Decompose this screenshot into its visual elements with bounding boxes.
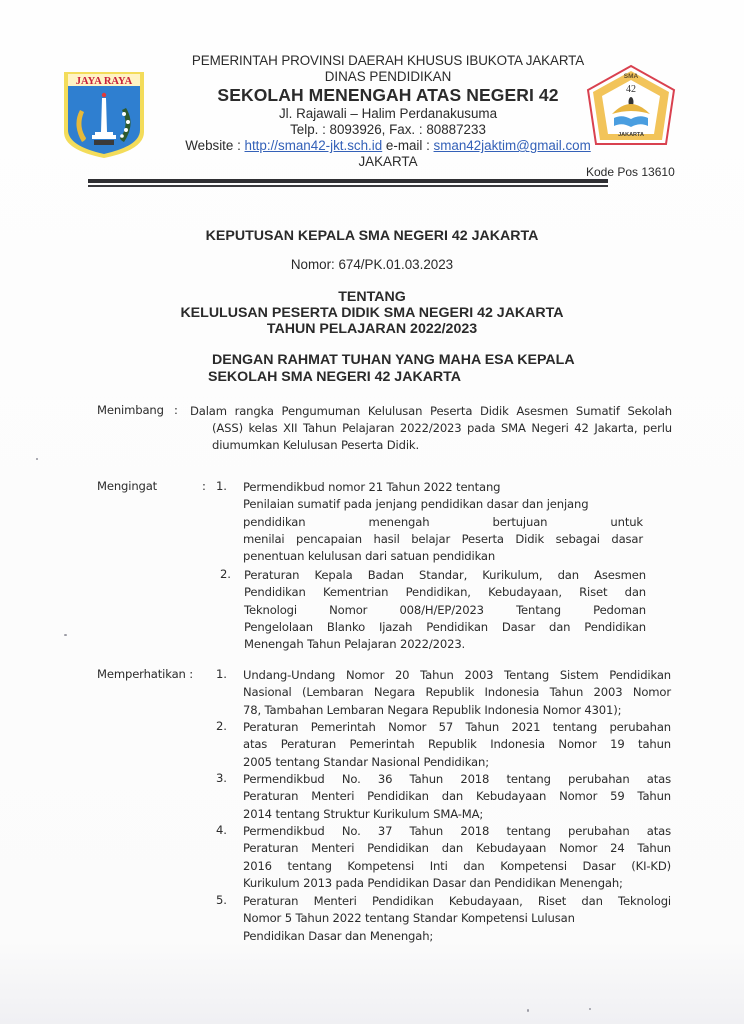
mengingat-colon: : [202, 479, 206, 493]
invocation: DENGAN RAHMAT TUHAN YANG MAHA ESA KEPALA… [208, 352, 575, 385]
decree-title: KEPUTUSAN KEPALA SMA NEGERI 42 JAKARTA [0, 228, 744, 244]
school-address: Jl. Rajawali – Halim Perdanakusuma [160, 106, 616, 122]
email-link[interactable]: sman42jaktim@gmail.com [434, 138, 591, 153]
scan-speck [589, 1008, 591, 1010]
postal-code: Kode Pos 13610 [586, 165, 675, 179]
decree-subject: TENTANG KELULUSAN PESERTA DIDIK SMA NEGE… [0, 289, 744, 337]
memperhatikan-item-3: Permendikbud No. 36 Tahun 2018 tentang p… [243, 771, 671, 823]
menimbang-label: Menimbang [97, 403, 164, 417]
mengingat-label: Mengingat [97, 479, 157, 493]
memperhatikan-item-2-number: 2. [216, 719, 236, 733]
menimbang-colon: : [174, 403, 178, 417]
decree-number: Nomor: 674/PK.01.03.2023 [0, 257, 744, 272]
school-name: SEKOLAH MENENGAH ATAS NEGERI 42 [160, 84, 616, 106]
svg-text:JAKARTA: JAKARTA [618, 132, 644, 138]
government-line: PEMERINTAH PROVINSI DAERAH KHUSUS IBUKOT… [160, 53, 616, 69]
mengingat-item-2-number: 2. [220, 567, 240, 581]
memperhatikan-label: Memperhatikan : [97, 667, 193, 681]
letterhead: PEMERINTAH PROVINSI DAERAH KHUSUS IBUKOT… [160, 53, 616, 169]
invocation-line-1: DENGAN RAHMAT TUHAN YANG MAHA ESA KEPALA [208, 352, 575, 369]
memperhatikan-item-5: Peraturan Menteri Pendidikan Kebudayaan,… [243, 893, 671, 945]
subject-line-1: KELULUSAN PESERTA DIDIK SMA NEGERI 42 JA… [0, 305, 744, 321]
svg-text:SMA: SMA [624, 73, 639, 80]
menimbang-line-1: Dalam rangka Pengumuman Kelulusan Pesert… [190, 403, 672, 420]
website-link[interactable]: http://sman42-jkt.sch.id [245, 138, 383, 153]
school-phone: Telp. : 8093926, Fax. : 80887233 [160, 122, 616, 138]
mengingat-item-1-number: 1. [216, 479, 236, 493]
memperhatikan-item-3-number: 3. [216, 771, 236, 785]
department-line: DINAS PENDIDIKAN [160, 69, 616, 84]
mengingat-item-1: Permendikbud nomor 21 Tahun 2022 tentang… [243, 479, 671, 565]
memperhatikan-item-4-number: 4. [216, 823, 236, 837]
memperhatikan-item-5-number: 5. [216, 893, 236, 907]
header-divider-thin [88, 185, 608, 187]
svg-text:JAYA RAYA: JAYA RAYA [76, 76, 133, 87]
website-label: Website : [185, 138, 244, 153]
svg-text:42: 42 [626, 84, 636, 95]
city-line: JAKARTA [160, 154, 616, 169]
document-page: JAYA RAYA PEMERINTAH PROVINSI DAERAH KHU… [0, 0, 744, 1024]
header-divider-thick [88, 179, 608, 183]
memperhatikan-item-2: Peraturan Pemerintah Nomor 57 Tahun 2021… [243, 719, 671, 771]
subject-heading: TENTANG [0, 289, 744, 305]
contact-line: Website : http://sman42-jkt.sch.id e-mai… [160, 138, 616, 154]
scan-speck [36, 458, 38, 460]
invocation-line-2: SEKOLAH SMA NEGERI 42 JAKARTA [208, 369, 575, 386]
jakarta-coat-of-arms-icon: JAYA RAYA [62, 70, 146, 160]
memperhatikan-item-4: Permendikbud No. 37 Tahun 2018 tentang p… [243, 823, 671, 892]
school-emblem-icon: SMA 42 JAKARTA [584, 64, 678, 154]
subject-line-2: TAHUN PELAJARAN 2022/2023 [0, 321, 744, 337]
menimbang-line-2: (ASS) kelas XII Tahun Pelajaran 2022/202… [212, 420, 672, 455]
memperhatikan-item-1-number: 1. [216, 667, 236, 681]
mengingat-item-2: Peraturan Kepala Badan Standar, Kurikulu… [244, 567, 646, 653]
email-label: e-mail : [382, 138, 433, 153]
scan-speck [527, 1009, 529, 1012]
scan-speck [64, 634, 67, 636]
memperhatikan-item-1: Undang-Undang Nomor 20 Tahun 2003 Tentan… [243, 667, 671, 719]
